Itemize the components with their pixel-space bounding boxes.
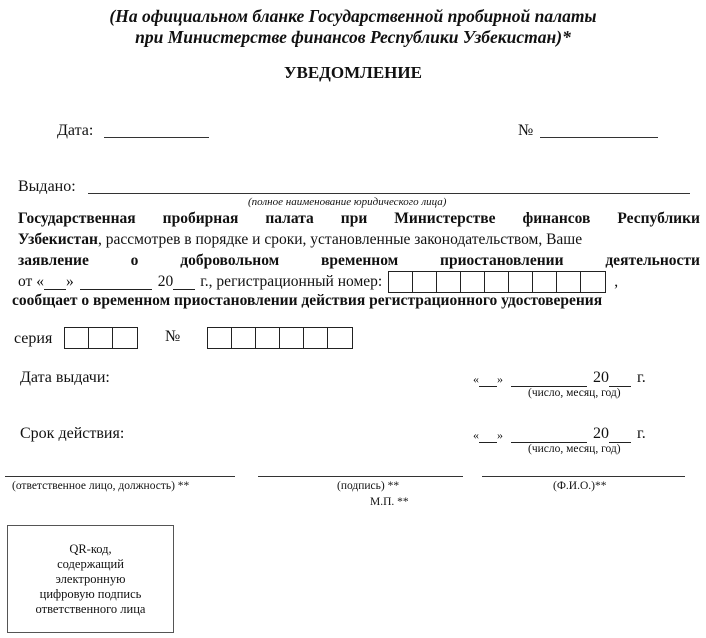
digit-cell[interactable] xyxy=(328,328,352,348)
digit-cell[interactable] xyxy=(89,328,113,348)
digit-cell[interactable] xyxy=(113,328,137,348)
issue-year-field[interactable] xyxy=(609,372,631,387)
word: Государственная xyxy=(18,210,136,228)
word: о xyxy=(131,252,139,270)
from-label: от « xyxy=(18,273,44,291)
word: Министерстве xyxy=(394,210,495,228)
digit-cell[interactable] xyxy=(304,328,328,348)
signature-hint: (подпись) ** xyxy=(337,480,399,492)
body-line-2: Узбекистан, рассмотрев в порядке и сроки… xyxy=(18,231,700,249)
qr-line: содержащий xyxy=(36,557,146,572)
issue-day-field[interactable] xyxy=(479,372,497,387)
century-text: 20 xyxy=(158,273,174,291)
series-number-label: № xyxy=(165,328,180,346)
series-number-cells[interactable] xyxy=(207,327,353,349)
digit-cell[interactable] xyxy=(509,272,533,292)
word: палата xyxy=(265,210,313,228)
digit-cell[interactable] xyxy=(461,272,485,292)
issue-month-field[interactable] xyxy=(511,372,587,387)
word: при xyxy=(341,210,367,228)
position-hint: (ответственное лицо, должность) ** xyxy=(12,480,189,492)
name-line[interactable] xyxy=(482,476,685,477)
number-label: № xyxy=(518,122,533,140)
validity-month-field[interactable] xyxy=(511,428,587,443)
issue-date-hint: (число, месяц, год) xyxy=(528,387,621,399)
body-line-2-text: , рассмотрев в порядке и сроки, установл… xyxy=(98,231,582,248)
digit-cell[interactable] xyxy=(280,328,304,348)
date-label: Дата: xyxy=(57,122,93,140)
day-field[interactable] xyxy=(44,275,66,290)
reg-number-label: г., регистрационный номер: xyxy=(200,273,382,291)
year-field[interactable] xyxy=(173,275,195,290)
series-label: серия xyxy=(14,330,52,348)
word: добровольном xyxy=(180,252,279,270)
header-line-2: при Министерстве финансов Республики Узб… xyxy=(0,27,706,48)
document-title: УВЕДОМЛЕНИЕ xyxy=(0,63,706,83)
stamp-label: М.П. ** xyxy=(370,496,409,508)
header-line-1: (На официальном бланке Государственной п… xyxy=(0,6,706,27)
digit-cell[interactable] xyxy=(389,272,413,292)
validity-value: « » 20 г. xyxy=(473,425,646,443)
word: временном xyxy=(321,252,398,270)
word: заявление xyxy=(18,252,89,270)
word: приостановлении xyxy=(440,252,564,270)
body-line-3: заявление о добровольном временном приос… xyxy=(18,252,700,270)
validity-year-field[interactable] xyxy=(609,428,631,443)
word: пробирная xyxy=(163,210,239,228)
date-field[interactable] xyxy=(104,137,209,138)
word: деятельности xyxy=(605,252,700,270)
body-line-5: сообщает о временном приостановлении дей… xyxy=(12,292,602,310)
series-cells-wrap xyxy=(64,327,138,349)
digit-cell[interactable] xyxy=(65,328,89,348)
digit-cell[interactable] xyxy=(232,328,256,348)
issue-date-label: Дата выдачи: xyxy=(20,369,110,387)
digit-cell[interactable] xyxy=(581,272,605,292)
name-hint: (Ф.И.О.)** xyxy=(553,480,606,492)
qr-line: ответственного лица xyxy=(36,602,146,617)
position-line[interactable] xyxy=(5,476,235,477)
comma: , xyxy=(614,273,618,291)
month-field[interactable] xyxy=(80,275,152,290)
reg-number-cells[interactable] xyxy=(388,271,606,293)
digit-cell[interactable] xyxy=(557,272,581,292)
validity-day-field[interactable] xyxy=(479,428,497,443)
issue-date-value: « » 20 г. xyxy=(473,369,646,387)
year-suffix: г. xyxy=(637,425,646,443)
issued-hint: (полное наименование юридического лица) xyxy=(248,196,446,208)
digit-cell[interactable] xyxy=(485,272,509,292)
qr-text: QR-код, содержащий электронную цифровую … xyxy=(36,542,146,617)
digit-cell[interactable] xyxy=(437,272,461,292)
qr-code-placeholder: QR-код, содержащий электронную цифровую … xyxy=(7,525,174,633)
digit-cell[interactable] xyxy=(413,272,437,292)
close-quote: » xyxy=(497,428,503,443)
validity-label: Срок действия: xyxy=(20,425,124,443)
series-cells[interactable] xyxy=(64,327,138,349)
century-text: 20 xyxy=(593,425,609,443)
quote-close: » xyxy=(66,273,74,291)
qr-line: электронную xyxy=(36,572,146,587)
signature-line[interactable] xyxy=(258,476,463,477)
issued-to-field[interactable] xyxy=(88,193,690,194)
digit-cell[interactable] xyxy=(256,328,280,348)
digit-cell[interactable] xyxy=(208,328,232,348)
word: финансов xyxy=(522,210,590,228)
number-field[interactable] xyxy=(540,137,658,138)
qr-line: цифровую подпись xyxy=(36,587,146,602)
body-line-2-bold: Узбекистан xyxy=(18,231,98,248)
qr-line: QR-код, xyxy=(36,542,146,557)
year-suffix: г. xyxy=(637,369,646,387)
century-text: 20 xyxy=(593,369,609,387)
body-line-4: от « » 20 г., регистрационный номер: , xyxy=(18,271,618,293)
validity-hint: (число, месяц, год) xyxy=(528,443,621,455)
issued-label: Выдано: xyxy=(18,178,76,196)
body-line-1: Государственная пробирная палата при Мин… xyxy=(18,210,700,228)
digit-cell[interactable] xyxy=(533,272,557,292)
close-quote: » xyxy=(497,372,503,387)
word: Республики xyxy=(617,210,700,228)
series-number-wrap xyxy=(207,327,353,349)
